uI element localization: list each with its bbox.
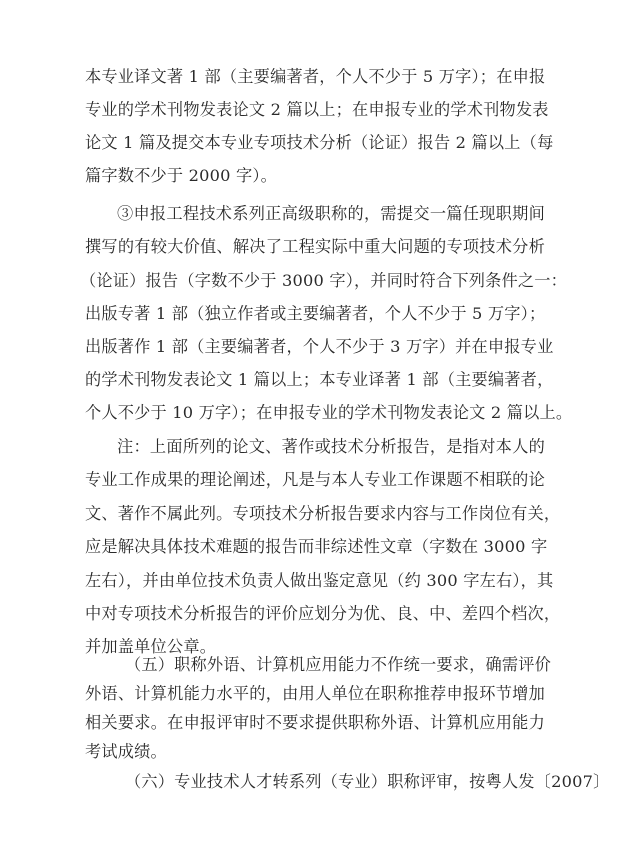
document-page: 本专业译文著 1 部（主要编著者，个人不少于 5 万字）；在申报 专业的学术刊物… <box>0 0 617 861</box>
text-line: （论证）报告（字数不少于 3000 字），并同时符合下列条件之一： <box>80 270 545 292</box>
text-line: 左右），并由单位技术负责人做出鉴定意见（约 300 字左右），其 <box>85 570 545 592</box>
text-line: 论文 1 篇及提交本专业专项技术分析（论证）报告 2 篇以上（每 <box>85 132 545 154</box>
text-line: 本专业译文著 1 部（主要编著者，个人不少于 5 万字）；在申报 <box>85 66 545 88</box>
text-line: 考试成绩。 <box>85 741 545 763</box>
text-line: 文、著作不属此列。专项技术分析报告要求内容与工作岗位有关， <box>85 503 545 525</box>
text-line: 出版著作 1 部（主要编著者，个人不少于 3 万字）并在申报专业 <box>85 336 545 358</box>
text-line: 专业工作成果的理论阐述，凡是与本人专业工作课题不相联的论 <box>85 469 545 491</box>
text-line: 撰写的有较大价值、解决了工程实际中重大问题的专项技术分析 <box>85 236 545 258</box>
paragraph-3-start: ③申报工程技术系列正高级职称的，需提交一篇任现职期间 <box>117 203 545 225</box>
note-paragraph-start: 注：上面所列的论文、著作或技术分析报告，是指对本人的 <box>117 436 545 458</box>
text-line: 中对专项技术分析报告的评价应划分为优、良、中、差四个档次， <box>85 603 545 625</box>
text-line: 出版专著 1 部（独立作者或主要编著者，个人不少于 5 万字）； <box>85 303 545 325</box>
section-6-heading: （六）专业技术人才转系列（专业）职称评审，按粤人发〔2007〕 <box>125 771 545 793</box>
text-line: 应是解决具体技术难题的报告而非综述性文章（字数在 3000 字 <box>85 536 545 558</box>
text-line: 外语、计算机能力水平的，由用人单位在职称推荐申报环节增加 <box>85 683 545 705</box>
text-line: 相关要求。在申报评审时不要求提供职称外语、计算机应用能力 <box>85 712 545 734</box>
text-line: 专业的学术刊物发表论文 2 篇以上；在申报专业的学术刊物发表 <box>85 99 545 121</box>
text-line: 个人不少于 10 万字）；在申报专业的学术刊物发表论文 2 篇以上。 <box>85 402 545 424</box>
text-line: 篇字数不少于 2000 字）。 <box>85 165 545 187</box>
section-5-heading: （五）职称外语、计算机应用能力不作统一要求，确需评价 <box>125 654 545 676</box>
text-line: 的学术刊物发表论文 1 篇以上；本专业译著 1 部（主要编著者， <box>85 369 545 391</box>
